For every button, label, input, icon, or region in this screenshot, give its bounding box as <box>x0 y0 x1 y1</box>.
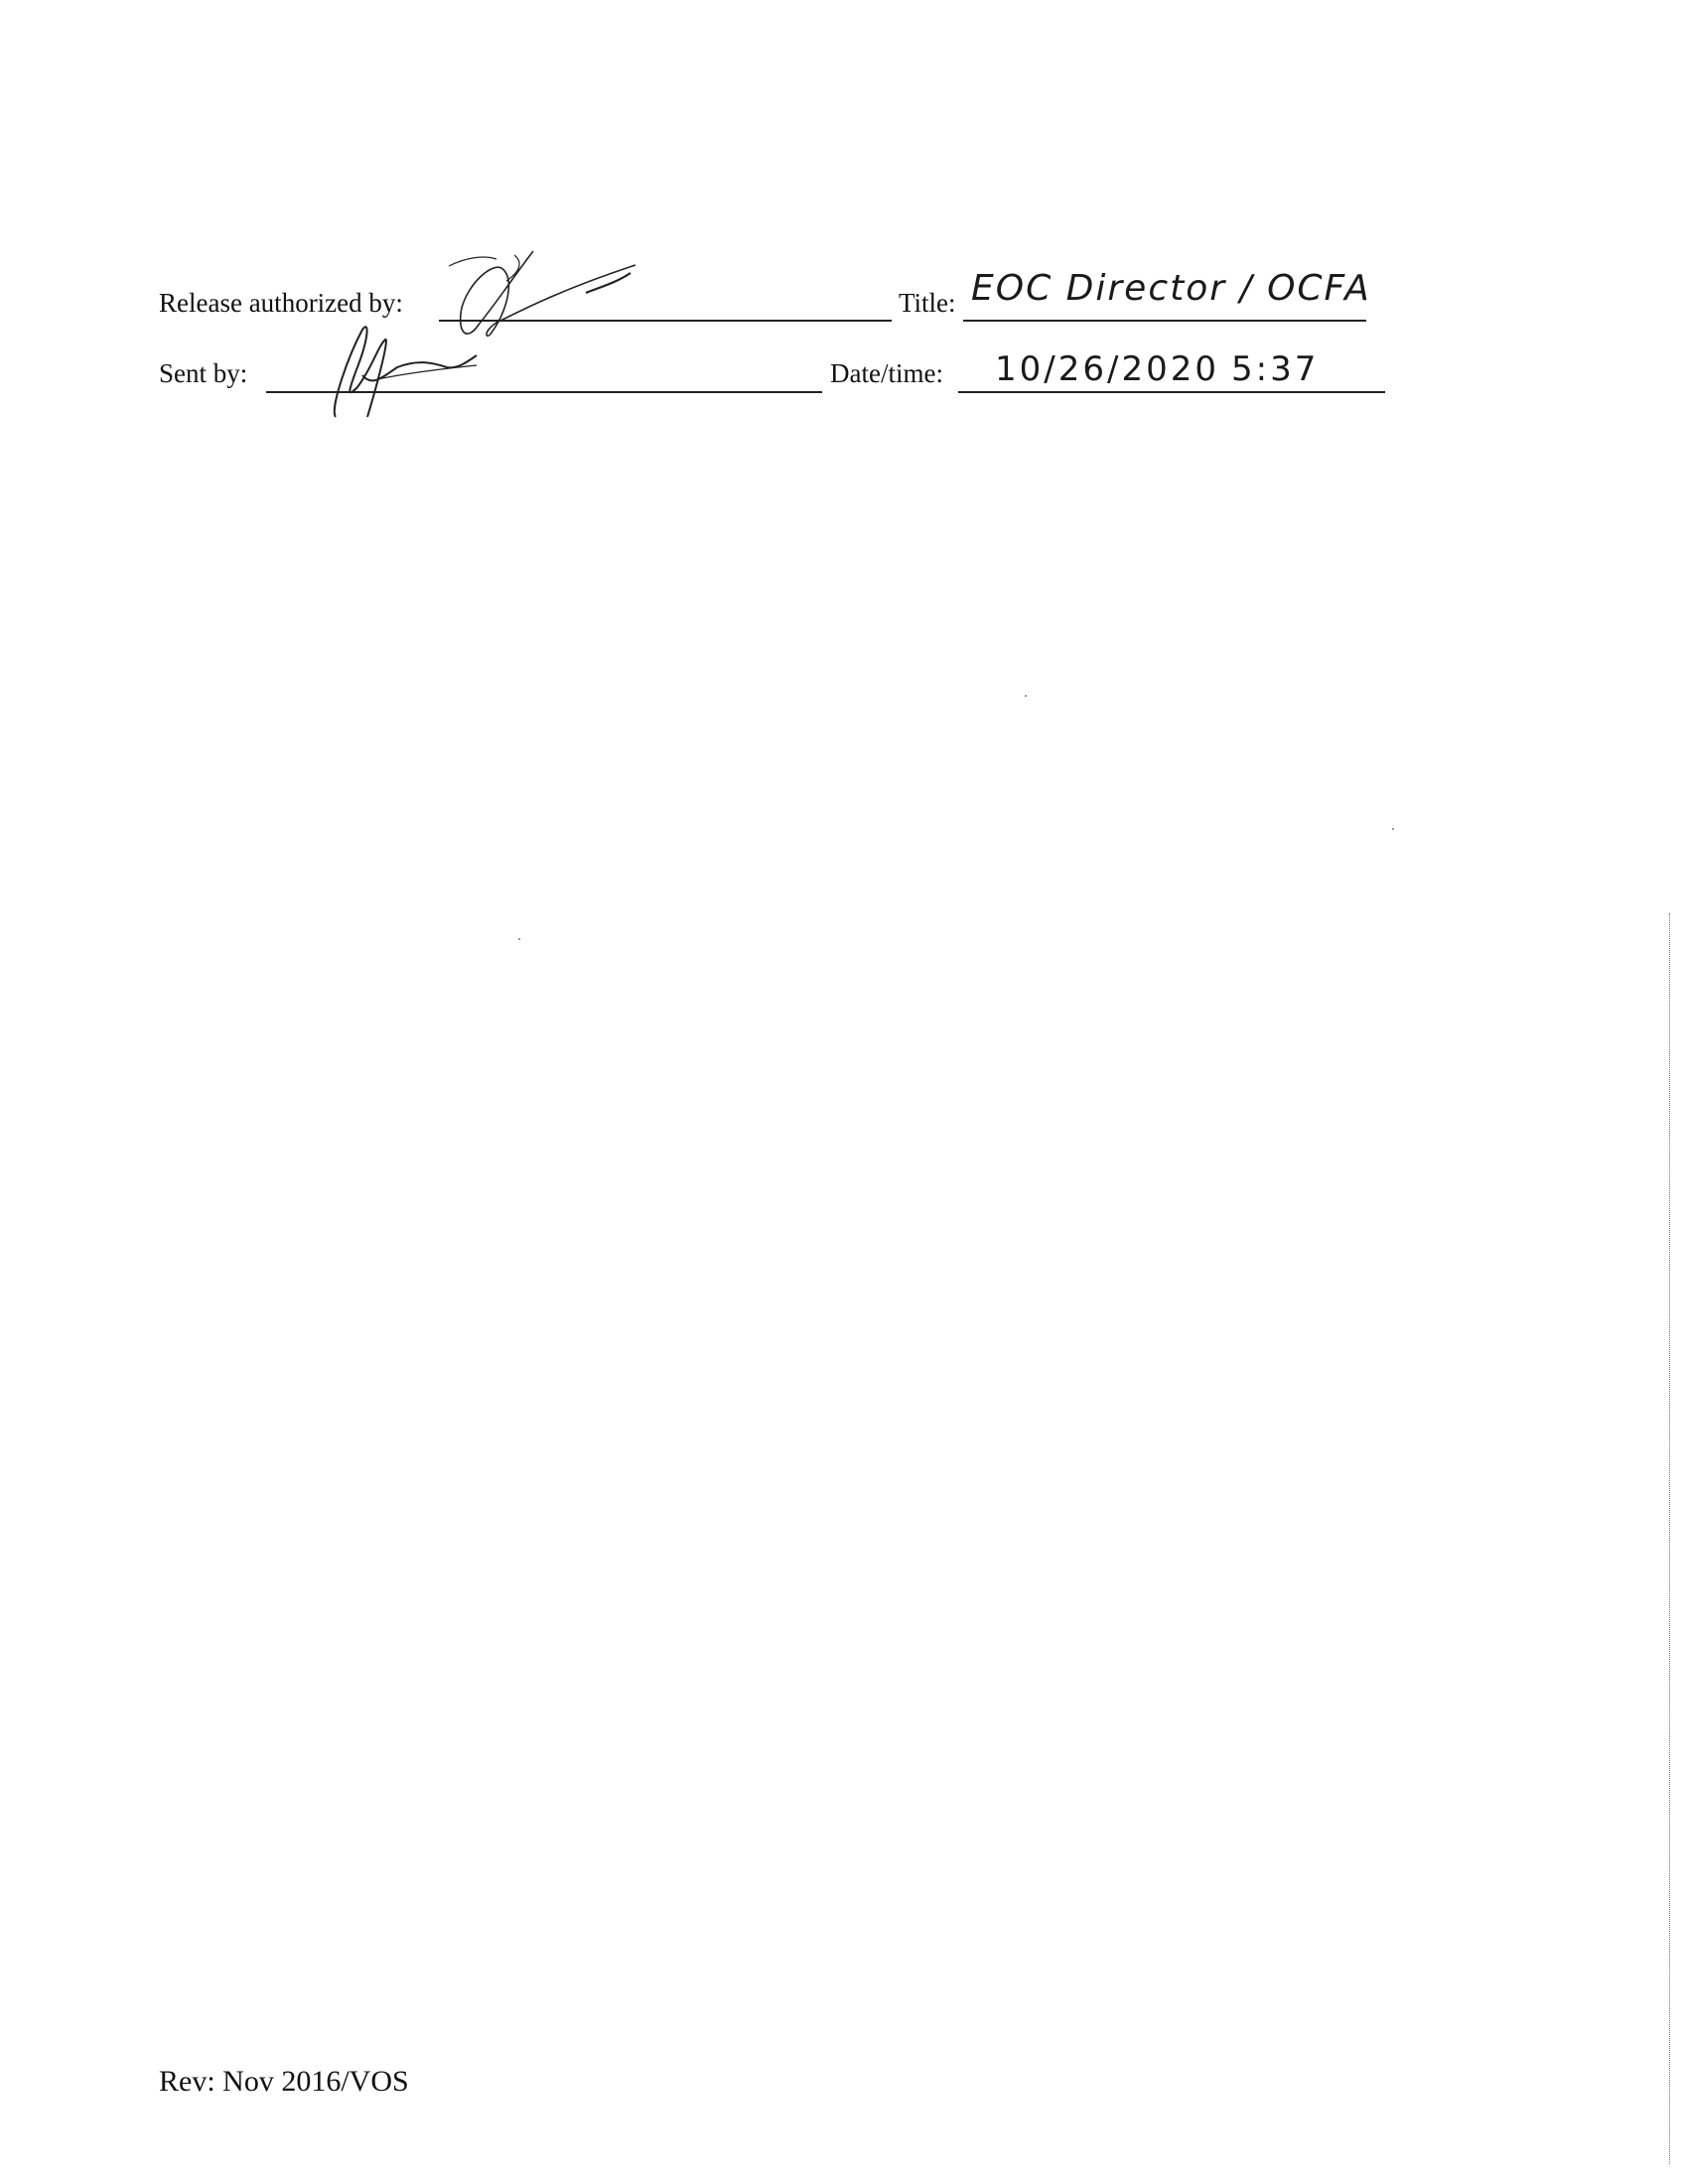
scan-speck <box>518 938 520 940</box>
title-line[interactable] <box>963 320 1366 322</box>
title-handwritten-value: EOC Director / OCFA <box>971 268 1371 309</box>
sent-by-signature-image <box>318 318 516 427</box>
scan-edge-line <box>1669 913 1670 2164</box>
scan-speck <box>1392 828 1394 830</box>
scan-speck <box>1025 695 1027 697</box>
date-time-label: Date/time: <box>830 360 943 387</box>
title-label: Title: <box>899 290 956 317</box>
time-handwritten-value: 5:37 <box>1231 349 1319 389</box>
revision-footer: Rev: Nov 2016/VOS <box>159 2067 409 2097</box>
release-authorized-label: Release authorized by: <box>159 290 403 317</box>
sent-by-label: Sent by: <box>159 360 247 387</box>
date-time-line[interactable] <box>958 391 1385 393</box>
date-handwritten-value: 10/26/2020 <box>995 349 1219 389</box>
